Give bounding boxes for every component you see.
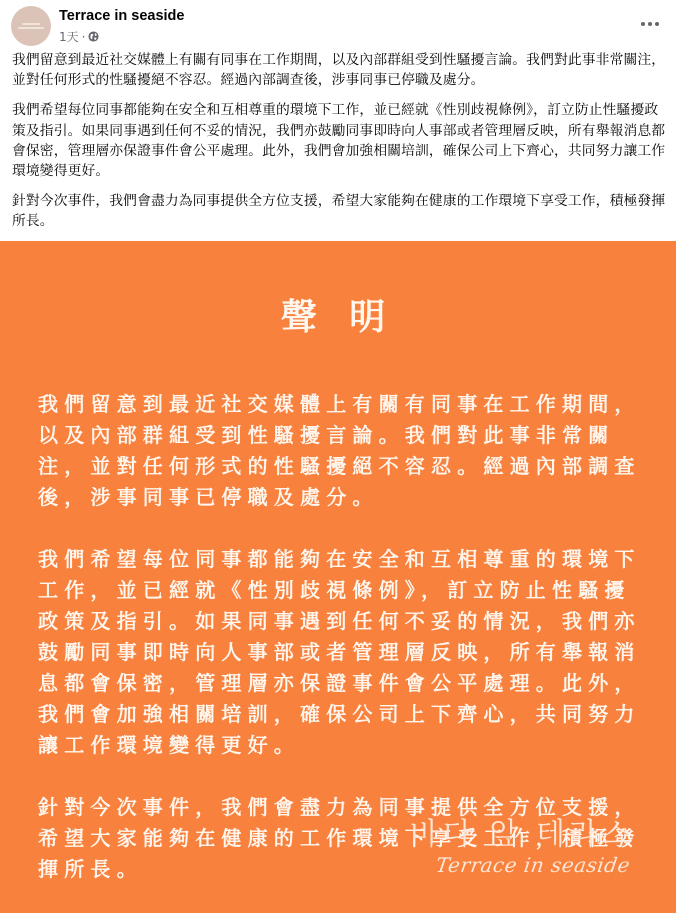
post-meta: 1天 · [59,28,99,45]
signature-korean: 바다 앞 테라스 [410,809,635,853]
page-name-link[interactable]: Terrace in seaside [59,8,184,24]
more-options-button[interactable] [636,14,664,34]
avatar-logo-line [22,23,40,25]
meta-separator: · [82,30,86,44]
statement-paragraph: 我們留意到最近社交媒體上有關有同事在工作期間，以及內部群組受到性騷擾言論。我們對… [38,389,648,513]
more-options-icon [655,22,659,26]
signature-english: Terrace in seaside [434,853,631,877]
post-caption: 我們留意到最近社交媒體上有關有同事在工作期間，以及內部群組受到性騷擾言論。我們對… [12,50,668,242]
more-options-icon [648,22,652,26]
caption-paragraph: 我們希望每位同事都能夠在安全和互相尊重的環境下工作，並已經就《性別歧視條例》，訂… [12,100,668,181]
post-timestamp[interactable]: 1天 [59,28,79,45]
globe-icon [88,31,99,42]
post-header: Terrace in seaside 1天 · [0,0,676,46]
page-avatar[interactable] [11,6,51,46]
more-options-icon [641,22,645,26]
statement-paragraph: 我們希望每位同事都能夠在安全和互相尊重的環境下工作，並已經就《性別歧視條例》，訂… [38,544,648,761]
caption-paragraph: 針對今次事件，我們會盡力為同事提供全方位支援，希望大家能夠在健康的工作環境下享受… [12,191,668,231]
statement-title: 聲 明 [0,289,676,340]
caption-paragraph: 我們留意到最近社交媒體上有關有同事在工作期間，以及內部群組受到性騷擾言論。我們對… [12,50,668,90]
statement-image[interactable]: 聲 明 我們留意到最近社交媒體上有關有同事在工作期間，以及內部群組受到性騷擾言論… [0,241,676,913]
avatar-logo-line [18,27,44,29]
